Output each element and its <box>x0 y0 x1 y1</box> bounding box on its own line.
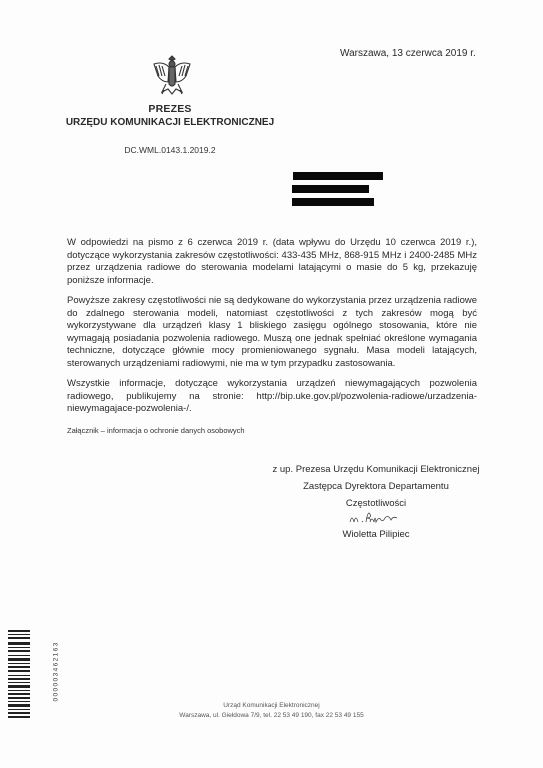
signature-position: Zastępca Dyrektora Departamentu <box>236 478 516 495</box>
footer-organization: Urząd Komunikacji Elektronicznej <box>0 701 543 711</box>
reference-number: DC.WML.0143.1.2019.2 <box>0 145 340 155</box>
redacted-recipient-line <box>292 198 374 206</box>
signature-on-behalf: z up. Prezesa Urzędu Komunikacji Elektro… <box>236 461 516 478</box>
body-paragraph: Wszystkie informacje, dotyczące wykorzys… <box>67 378 477 416</box>
page-footer: Urząd Komunikacji Elektronicznej Warszaw… <box>0 701 543 721</box>
signature-block: z up. Prezesa Urzędu Komunikacji Elektro… <box>236 461 516 543</box>
place-date: Warszawa, 13 czerwca 2019 r. <box>340 48 476 59</box>
redacted-recipient-line <box>292 185 369 193</box>
signatory-name: Wioletta Pilipiec <box>236 526 516 543</box>
attachment-note: Załącznik – informacja o ochronie danych… <box>67 426 245 435</box>
authority-title: PREZES <box>0 103 340 115</box>
footer-address: Warszawa, ul. Giełdowa 7/9, tel. 22 53 4… <box>0 711 543 721</box>
polish-eagle-emblem-icon <box>150 52 194 98</box>
body-paragraph: Powyższe zakresy częstotliwości nie są d… <box>67 295 477 370</box>
body-paragraph: W odpowiedzi na pismo z 6 czerwca 2019 r… <box>67 237 477 287</box>
authority-name: URZĘDU KOMUNIKACJI ELEKTRONICZNEJ <box>0 117 340 128</box>
barcode-digits: 000003462163 <box>53 642 60 702</box>
handwritten-signature <box>236 512 516 526</box>
signature-scribble-icon <box>348 510 408 526</box>
redacted-recipient-line <box>293 172 383 180</box>
